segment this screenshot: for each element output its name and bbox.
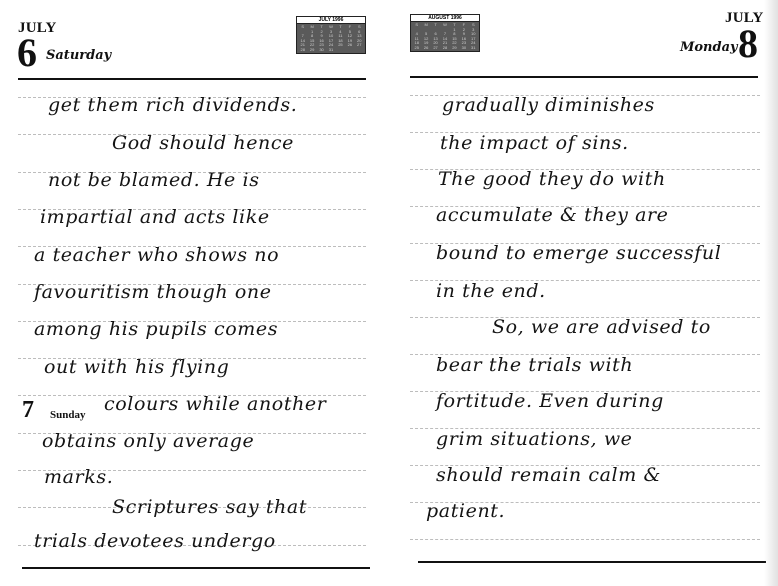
handwritten-line: impartial and acts like bbox=[40, 206, 270, 228]
calendar-day-cell: 30 bbox=[459, 46, 468, 51]
mini-calendar-grid: SMTWTFS123456789101112131415161718192021… bbox=[297, 24, 365, 54]
handwritten-line: get them rich dividends. bbox=[48, 94, 297, 116]
right-day-name: Monday bbox=[680, 40, 738, 55]
handwritten-line: fortitude. Even during bbox=[436, 390, 664, 412]
handwritten-line: the impact of sins. bbox=[440, 132, 629, 154]
handwritten-line: obtains only average bbox=[42, 430, 254, 452]
header-divider bbox=[410, 76, 758, 78]
mini-calendar-july: JULY 1996 SMTWTFS12345678910111213141516… bbox=[296, 16, 366, 54]
ruled-line bbox=[410, 539, 760, 540]
handwritten-line: So, we are advised to bbox=[492, 316, 711, 338]
handwritten-line: should remain calm & bbox=[436, 464, 661, 486]
handwritten-line: accumulate & they are bbox=[436, 204, 669, 226]
calendar-day-cell: 27 bbox=[431, 46, 440, 51]
calendar-day-cell: 29 bbox=[450, 46, 459, 51]
calendar-day-cell: 25 bbox=[412, 46, 421, 51]
handwritten-line: trials devotees undergo bbox=[34, 530, 276, 552]
handwritten-line: a teacher who shows no bbox=[34, 244, 279, 266]
handwritten-line: not be blamed. He is bbox=[48, 169, 260, 191]
handwritten-line: gradually diminishes bbox=[442, 94, 655, 116]
calendar-day-cell bbox=[336, 48, 345, 53]
calendar-day-cell: 31 bbox=[469, 46, 478, 51]
diary-page-right: AUGUST 1996 SMTWTFS123456789101112131415… bbox=[390, 0, 778, 586]
right-day-number: 8 bbox=[738, 24, 758, 64]
handwritten-line: God should hence bbox=[112, 132, 294, 154]
handwritten-line: patient. bbox=[426, 500, 505, 522]
handwritten-line: bound to emerge successful bbox=[436, 242, 721, 264]
handwritten-line: grim situations, we bbox=[436, 428, 633, 450]
handwritten-line: favouritism though one bbox=[34, 281, 272, 303]
mini-calendar-title: AUGUST 1996 bbox=[411, 15, 479, 22]
calendar-day-cell: 31 bbox=[326, 48, 335, 53]
handwritten-line: colours while another bbox=[104, 393, 326, 415]
calendar-day-cell bbox=[355, 48, 364, 53]
calendar-day-cell: 28 bbox=[298, 48, 307, 53]
calendar-day-cell: 29 bbox=[307, 48, 316, 53]
handwritten-line: bear the trials with bbox=[436, 354, 633, 376]
calendar-day-cell: 26 bbox=[421, 46, 430, 51]
calendar-day-cell bbox=[345, 48, 354, 53]
left-day-number: 6 bbox=[17, 33, 37, 73]
footer-divider bbox=[22, 567, 370, 569]
handwritten-line: out with his flying bbox=[44, 356, 229, 378]
calendar-day-cell: 28 bbox=[440, 46, 449, 51]
handwritten-line: The good they do with bbox=[438, 168, 666, 190]
handwritten-line: Scriptures say that bbox=[112, 496, 307, 518]
left-day-name: Saturday bbox=[46, 48, 111, 63]
mini-calendar-title: JULY 1996 bbox=[297, 17, 365, 24]
handwritten-line: marks. bbox=[44, 466, 113, 488]
mini-calendar-grid: SMTWTFS123456789101112131415161718192021… bbox=[411, 22, 479, 52]
handwritten-line: among his pupils comes bbox=[34, 318, 278, 340]
calendar-day-cell: 30 bbox=[317, 48, 326, 53]
mini-calendar-august: AUGUST 1996 SMTWTFS123456789101112131415… bbox=[410, 14, 480, 52]
handwritten-line: in the end. bbox=[436, 280, 546, 302]
sunday-day-name: Sunday bbox=[50, 409, 85, 421]
footer-divider bbox=[418, 561, 766, 563]
page-edge-shadow bbox=[764, 0, 778, 586]
diary-page-left: JULY 6 Saturday JULY 1996 SMTWTFS1234567… bbox=[0, 0, 388, 586]
sunday-day-number: 7 bbox=[22, 398, 34, 422]
header-divider bbox=[18, 78, 366, 80]
